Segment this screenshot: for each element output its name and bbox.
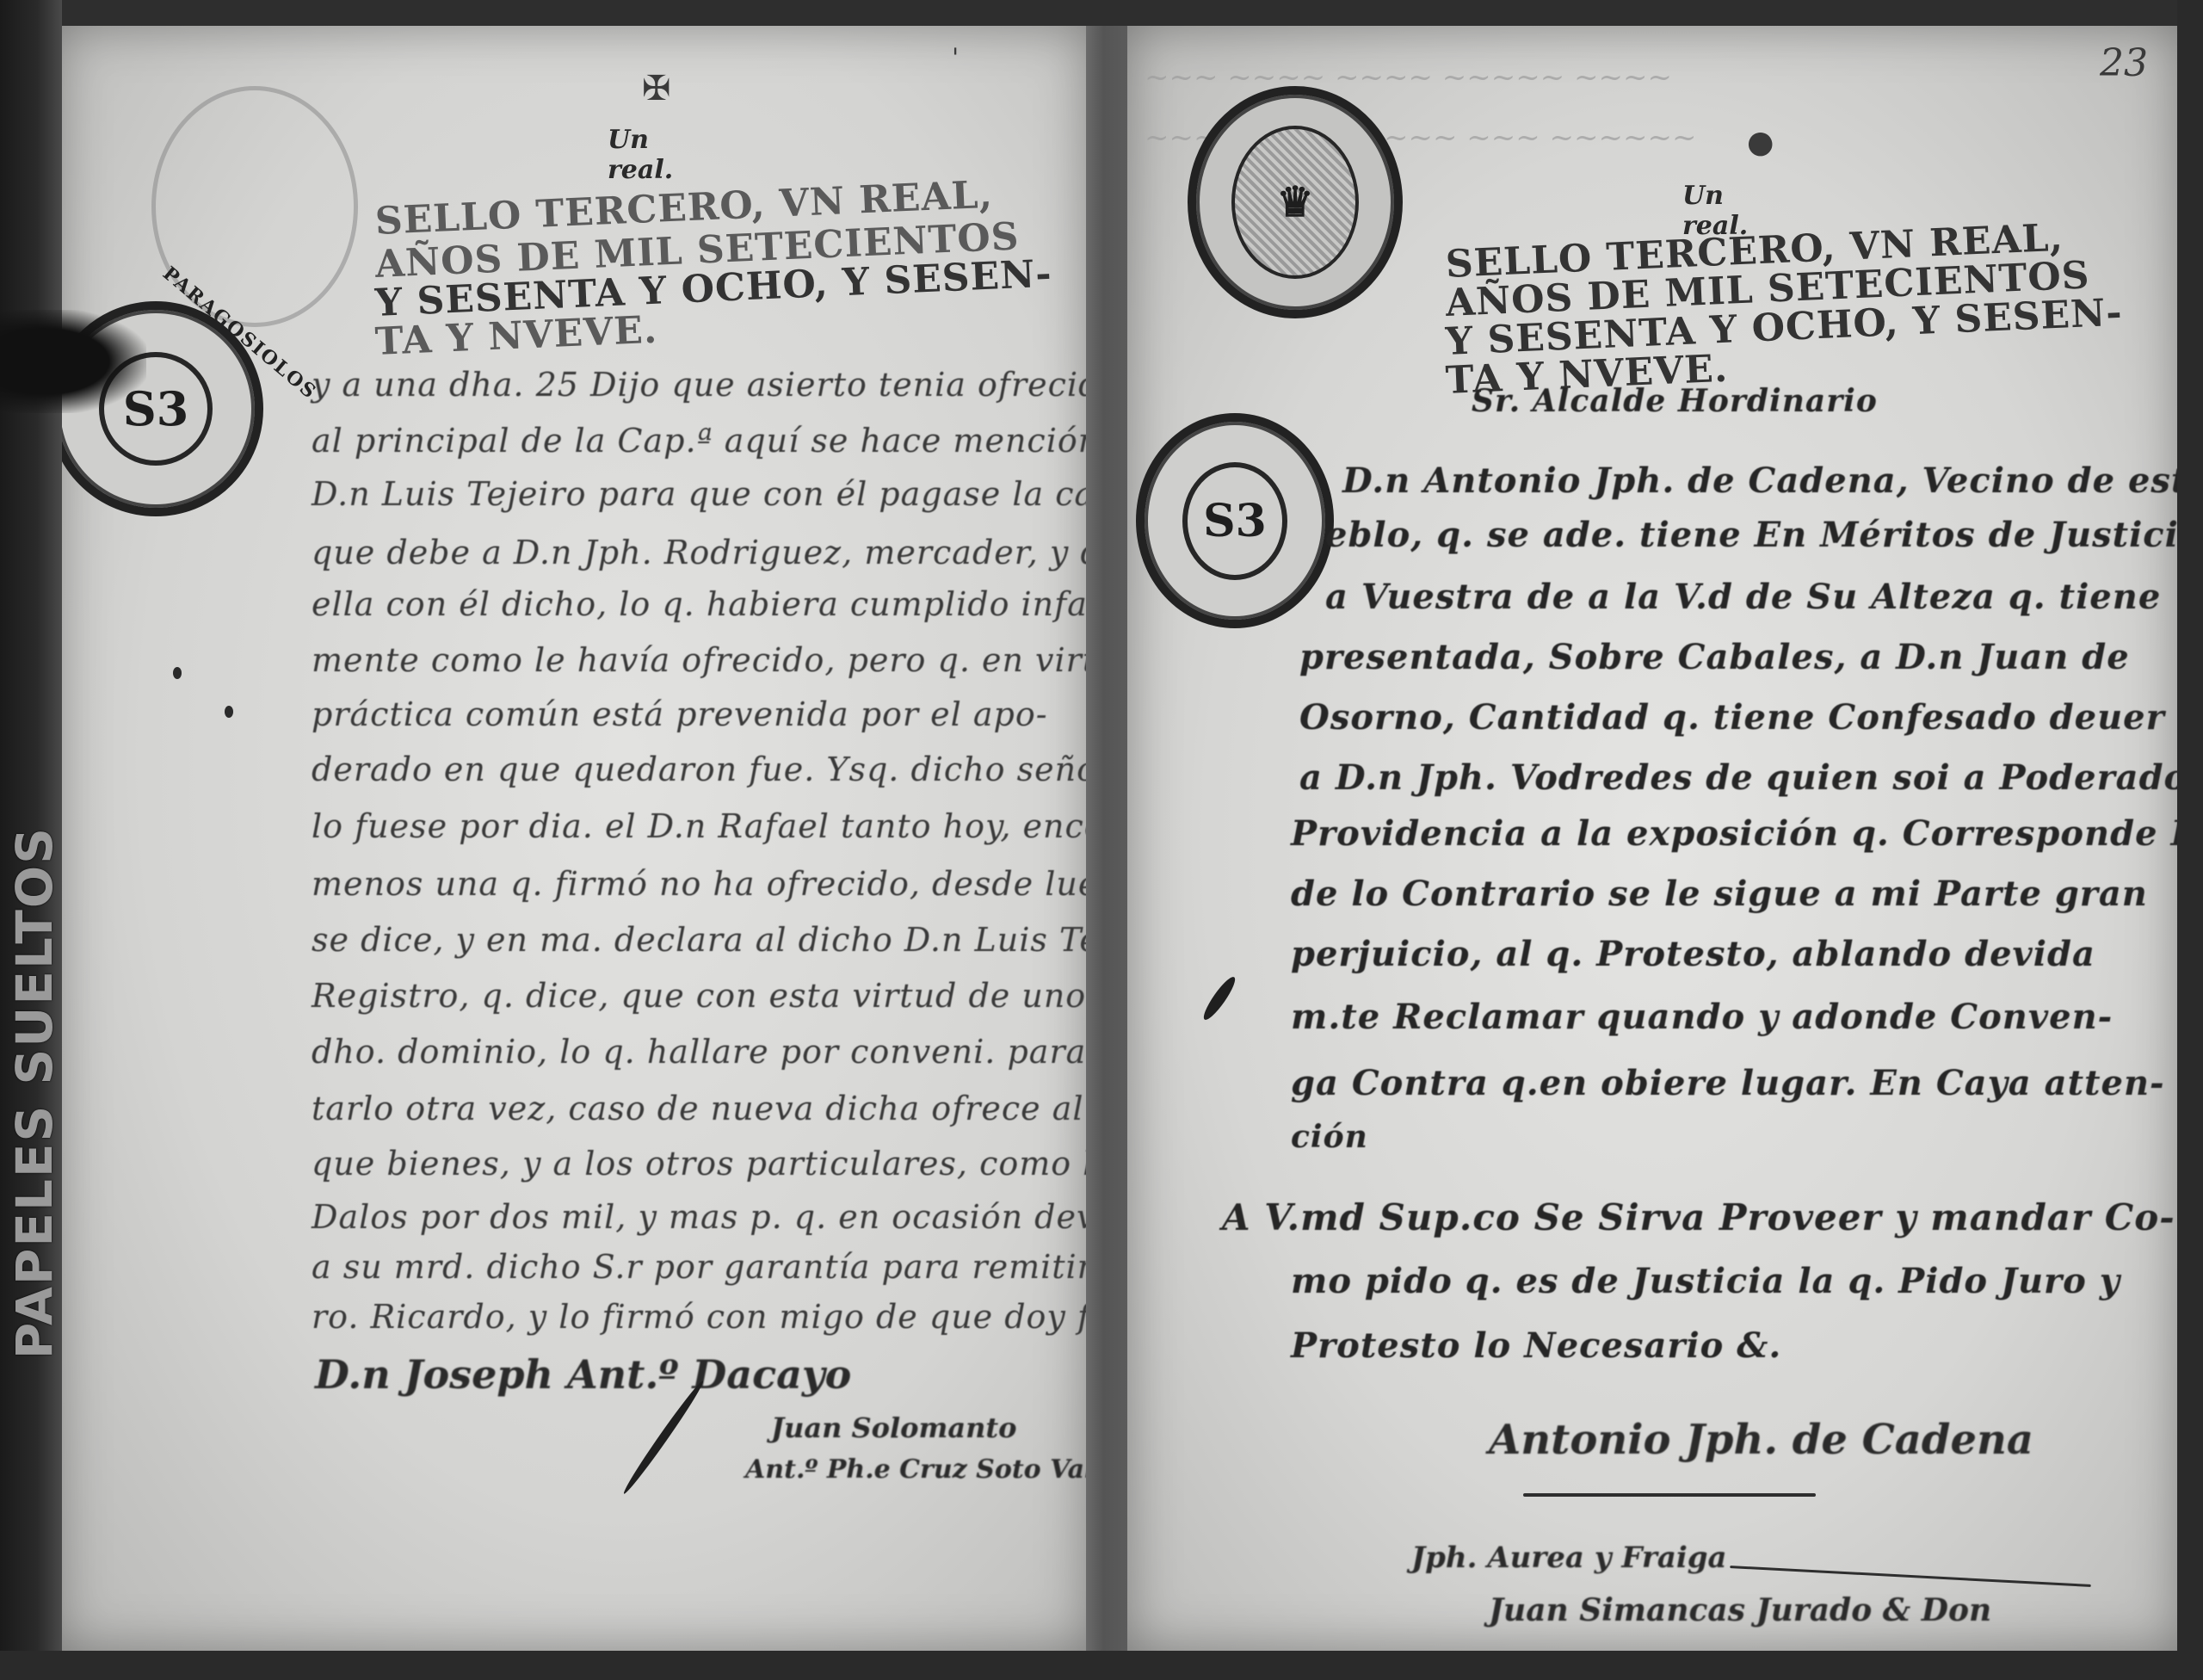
text-line: Providencia a la exposición q. Correspon… xyxy=(1291,813,2181,854)
text-line: a su mrd. dicho S.r por garantía para re… xyxy=(312,1248,1089,1286)
text-line: práctica común está prevenida por el apo… xyxy=(312,695,1048,733)
text-line: perjuicio, al q. Protesto, ablando devid… xyxy=(1291,934,2095,974)
text-line: al principal de la Cap.ª aquí se hace me… xyxy=(312,422,1089,460)
ink-blot xyxy=(225,706,233,718)
text-line: ga Contra q.en obiere lugar. En Caya att… xyxy=(1291,1063,2165,1103)
text-line: ella con él dicho, lo q. habiera cumplid… xyxy=(312,585,1089,623)
bleed-through-text: ~~~ ~~~~ ~~~~ ~~~~~ ~~~~ xyxy=(1145,60,1672,95)
text-line: a Vuestra de a la V.d de Su Alteza q. ti… xyxy=(1325,577,2161,617)
right-page: 23 ~~~ ~~~~ ~~~~ ~~~~~ ~~~~ ~~~~~ ~~ ~~~… xyxy=(1127,26,2181,1651)
text-line: lo fuese por dia. el D.n Rafael tanto ho… xyxy=(312,807,1089,845)
text-line: A V.md Sup.co Se Sirva Proveer y mandar … xyxy=(1222,1196,2175,1238)
signature-rule xyxy=(1730,1566,2091,1587)
text-line: derado en que quedaron fue. Ysq. dicho s… xyxy=(312,750,1089,788)
scan-frame-bottom xyxy=(0,1651,2203,1680)
scan-frame-top xyxy=(0,0,2203,26)
text-line: D.n Antonio Jph. de Cadena, Vecino de es… xyxy=(1342,460,2181,501)
signature-cadena: Antonio Jph. de Cadena xyxy=(1489,1416,2033,1464)
signature-dacayo: D.n Joseph Ant.º Dacayo xyxy=(315,1351,851,1398)
text-line: Registro, q. dice, que con esta virtud d… xyxy=(312,977,1089,1015)
book-gutter xyxy=(1086,26,1131,1651)
signature-simancas: Juan Simancas Jurado & Don xyxy=(1489,1592,1991,1628)
signature-solomanto: Juan Solomanto xyxy=(771,1411,1016,1444)
signature-notary: Ant.º Ph.e Cruz Soto Valdés Notario xyxy=(745,1455,1089,1485)
text-line: D.n Luis Tejeiro para que con él pagase … xyxy=(312,475,1089,513)
text-line: Dalos por dos mil, y mas p. q. en ocasió… xyxy=(312,1198,1089,1236)
text-line: menos una q. firmó no ha ofrecido, desde… xyxy=(312,865,1089,903)
text-line: tarlo otra vez, caso de nueva dicha ofre… xyxy=(312,1090,1084,1127)
crowned-arms-icon: ♛ xyxy=(1276,178,1313,226)
text-line: ro. Ricardo, y lo firmó con migo de que … xyxy=(312,1298,1089,1336)
notarial-seal-right: S3 xyxy=(1136,413,1334,628)
text-line: de lo Contrario se le sigue a mi Parte g… xyxy=(1291,874,2148,914)
ink-blot xyxy=(173,667,182,679)
stamp-line-4: TA Y NVEVE. xyxy=(374,311,658,362)
seal-center-text: S3 xyxy=(1203,495,1267,547)
text-line: a D.n Jph. Vodredes de quien soi a Poder… xyxy=(1299,757,2181,798)
text-line: ción xyxy=(1291,1119,1368,1155)
left-page: ✠ Un real. SELLO TERCERO, VN REAL, AÑOS … xyxy=(57,26,1089,1651)
text-line: eblo, q. se ade. tiene En Méritos de Jus… xyxy=(1325,515,2181,555)
scan-frame-right xyxy=(2177,0,2203,1680)
text-line: dho. dominio, lo q. hallare por conveni.… xyxy=(312,1033,1089,1071)
address-line: Sr. Alcalde Hordinario xyxy=(1472,383,1878,419)
text-line: que debe a D.n Jph. Rodriguez, mercader,… xyxy=(312,534,1089,571)
cross-icon: ✠ xyxy=(642,69,671,108)
page-number: 23 xyxy=(2100,41,2148,85)
binding-tab xyxy=(0,310,146,413)
text-line: Protesto lo Necesario &. xyxy=(1291,1325,1781,1366)
text-line: que bienes, y a los otros particulares, … xyxy=(312,1145,1089,1183)
signature-rule xyxy=(1523,1493,1816,1497)
folio-mark: ' xyxy=(952,43,959,73)
signature-fraiga: Jph. Aurea y Fraiga xyxy=(1411,1541,1727,1575)
text-line: Osorno, Cantidad q. tiene Confesado deue… xyxy=(1299,697,2165,738)
text-line: y a una dha. 25 Dijo que asierto tenia o… xyxy=(312,366,1089,404)
spine-label: PAPELES SUELTOS xyxy=(5,826,64,1359)
text-line: presentada, Sobre Cabales, a D.n Juan de xyxy=(1299,637,2130,677)
quill-mark xyxy=(1200,973,1239,1022)
text-line: m.te Reclamar quando y adonde Conven- xyxy=(1291,997,2113,1037)
ink-blot-icon: ● xyxy=(1747,125,1774,160)
text-line: se dice, y en ma. declara al dicho D.n L… xyxy=(312,921,1089,959)
stamp-value-line: Un real. xyxy=(608,125,673,185)
royal-seal: ♛ xyxy=(1188,86,1403,318)
text-line: mo pido q. es de Justicia la q. Pido Jur… xyxy=(1291,1261,2120,1301)
binding-strip: PAPELES SUELTOS xyxy=(0,0,62,1680)
text-line: mente como le havía ofrecido, pero q. en… xyxy=(312,641,1089,679)
